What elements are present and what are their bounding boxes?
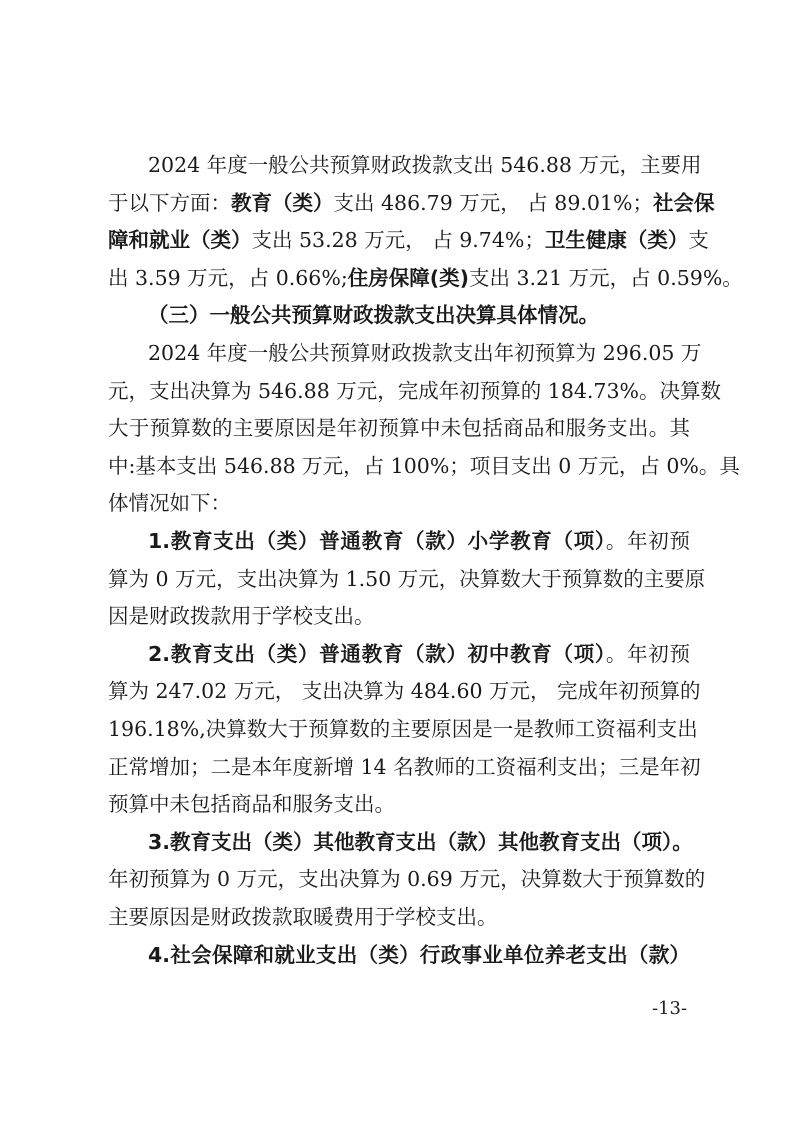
text-line: 年初预算为 0 万元，支出决算为 0.69 万元，决算数大于预算数的	[108, 864, 690, 894]
bold-text: 教育（类）	[231, 191, 334, 215]
text: 支出 53.28 万元， 占 9.74%；	[252, 228, 545, 252]
text-line: （三）一般公共预算财政拨款支出决算具体情况。	[148, 300, 690, 330]
text: 算为 0 万元，支出决算为 1.50 万元，决算数大于预算数的主要原	[108, 567, 705, 591]
text: 于以下方面：	[108, 191, 231, 215]
text: 正常增加；二是本年度新增 14 名教师的工资福利支出；三是年初	[108, 755, 701, 779]
text: 预算中未包括商品和服务支出。	[108, 792, 395, 816]
text: 。年初预	[606, 529, 690, 553]
text: 支出 486.79 万元， 占 89.01%；	[334, 191, 653, 215]
text: 大于预算数的主要原因是年初预算中未包括商品和服务支出。其	[108, 416, 690, 440]
text: 出 3.59 万元，占 0.66%;	[108, 266, 348, 290]
bold-text: 障和就业（类）	[108, 228, 252, 252]
bold-text: 卫生健康（类）	[545, 228, 689, 252]
text: 。年初预	[606, 642, 690, 666]
text-line: 主要原因是财政拨款取暖费用于学校支出。	[108, 902, 690, 932]
text-line: 障和就业（类）支出 53.28 万元， 占 9.74%；卫生健康（类）支	[108, 225, 690, 255]
text: 算为 247.02 万元， 支出决算为 484.60 万元， 完成年初预算的	[108, 679, 701, 703]
text-line: 算为 0 万元，支出决算为 1.50 万元，决算数大于预算数的主要原	[108, 564, 690, 594]
bold-text: 2.教育支出（类）普通教育（款）初中教育（项）	[148, 642, 606, 666]
text: 年初预算为 0 万元，支出决算为 0.69 万元，决算数大于预算数的	[108, 867, 705, 891]
text-line: 1.教育支出（类）普通教育（款）小学教育（项）。年初预	[148, 526, 690, 556]
bold-text: （三）一般公共预算财政拨款支出决算具体情况。	[148, 303, 599, 327]
text-line: 元，支出决算为 546.88 万元，完成年初预算的 184.73%。决算数	[108, 376, 690, 406]
text-line: 于以下方面：教育（类）支出 486.79 万元， 占 89.01%；社会保	[108, 188, 690, 218]
text: 支出 3.21 万元，占 0.59%。	[469, 266, 743, 290]
text-line: 196.18%,决算数大于预算数的主要原因是一是教师工资福利支出	[108, 714, 690, 744]
text-line: 4.社会保障和就业支出（类）行政事业单位养老支出（款）	[148, 940, 690, 970]
bold-text: 4.社会保障和就业支出（类）行政事业单位养老支出（款）	[148, 943, 690, 967]
text-line: 2.教育支出（类）普通教育（款）初中教育（项）。年初预	[148, 639, 690, 669]
text: 元，支出决算为 546.88 万元，完成年初预算的 184.73%。决算数	[108, 379, 721, 403]
bold-text: 3.教育支出（类）其他教育支出（款）其他教育支出（项）。	[148, 830, 693, 854]
text: 中:基本支出 546.88 万元，占 100%；项目支出 0 万元，占 0%。具	[108, 454, 740, 478]
bold-text: 社会保	[653, 191, 715, 215]
text-line: 算为 247.02 万元， 支出决算为 484.60 万元， 完成年初预算的	[108, 676, 690, 706]
page-number: -13-	[652, 998, 687, 1020]
text-line: 正常增加；二是本年度新增 14 名教师的工资福利支出；三是年初	[108, 752, 690, 782]
text: 主要原因是财政拨款取暖费用于学校支出。	[108, 905, 498, 929]
bold-text: 住房保障(类)	[348, 266, 469, 290]
text-line: 因是财政拨款用于学校支出。	[108, 601, 690, 631]
text-line: 大于预算数的主要原因是年初预算中未包括商品和服务支出。其	[108, 413, 690, 443]
text: 2024 年度一般公共预算财政拨款支出 546.88 万元，主要用	[148, 153, 701, 177]
text-line: 出 3.59 万元，占 0.66%;住房保障(类)支出 3.21 万元，占 0.…	[108, 263, 690, 293]
text-line: 2024 年度一般公共预算财政拨款支出年初预算为 296.05 万	[148, 338, 690, 368]
text: 196.18%,决算数大于预算数的主要原因是一是教师工资福利支出	[108, 717, 698, 741]
bold-text: 1.教育支出（类）普通教育（款）小学教育（项）	[148, 529, 606, 553]
document-page: 2024 年度一般公共预算财政拨款支出 546.88 万元，主要用于以下方面：教…	[0, 0, 793, 1122]
text-line: 3.教育支出（类）其他教育支出（款）其他教育支出（项）。	[148, 827, 690, 857]
text: 支	[688, 228, 709, 252]
text: 体情况如下：	[108, 491, 231, 515]
text-line: 中:基本支出 546.88 万元，占 100%；项目支出 0 万元，占 0%。具	[108, 451, 690, 481]
text: 2024 年度一般公共预算财政拨款支出年初预算为 296.05 万	[148, 341, 701, 365]
text-line: 体情况如下：	[108, 488, 690, 518]
text: 因是财政拨款用于学校支出。	[108, 604, 375, 628]
text-line: 预算中未包括商品和服务支出。	[108, 789, 690, 819]
text-line: 2024 年度一般公共预算财政拨款支出 546.88 万元，主要用	[148, 150, 690, 180]
